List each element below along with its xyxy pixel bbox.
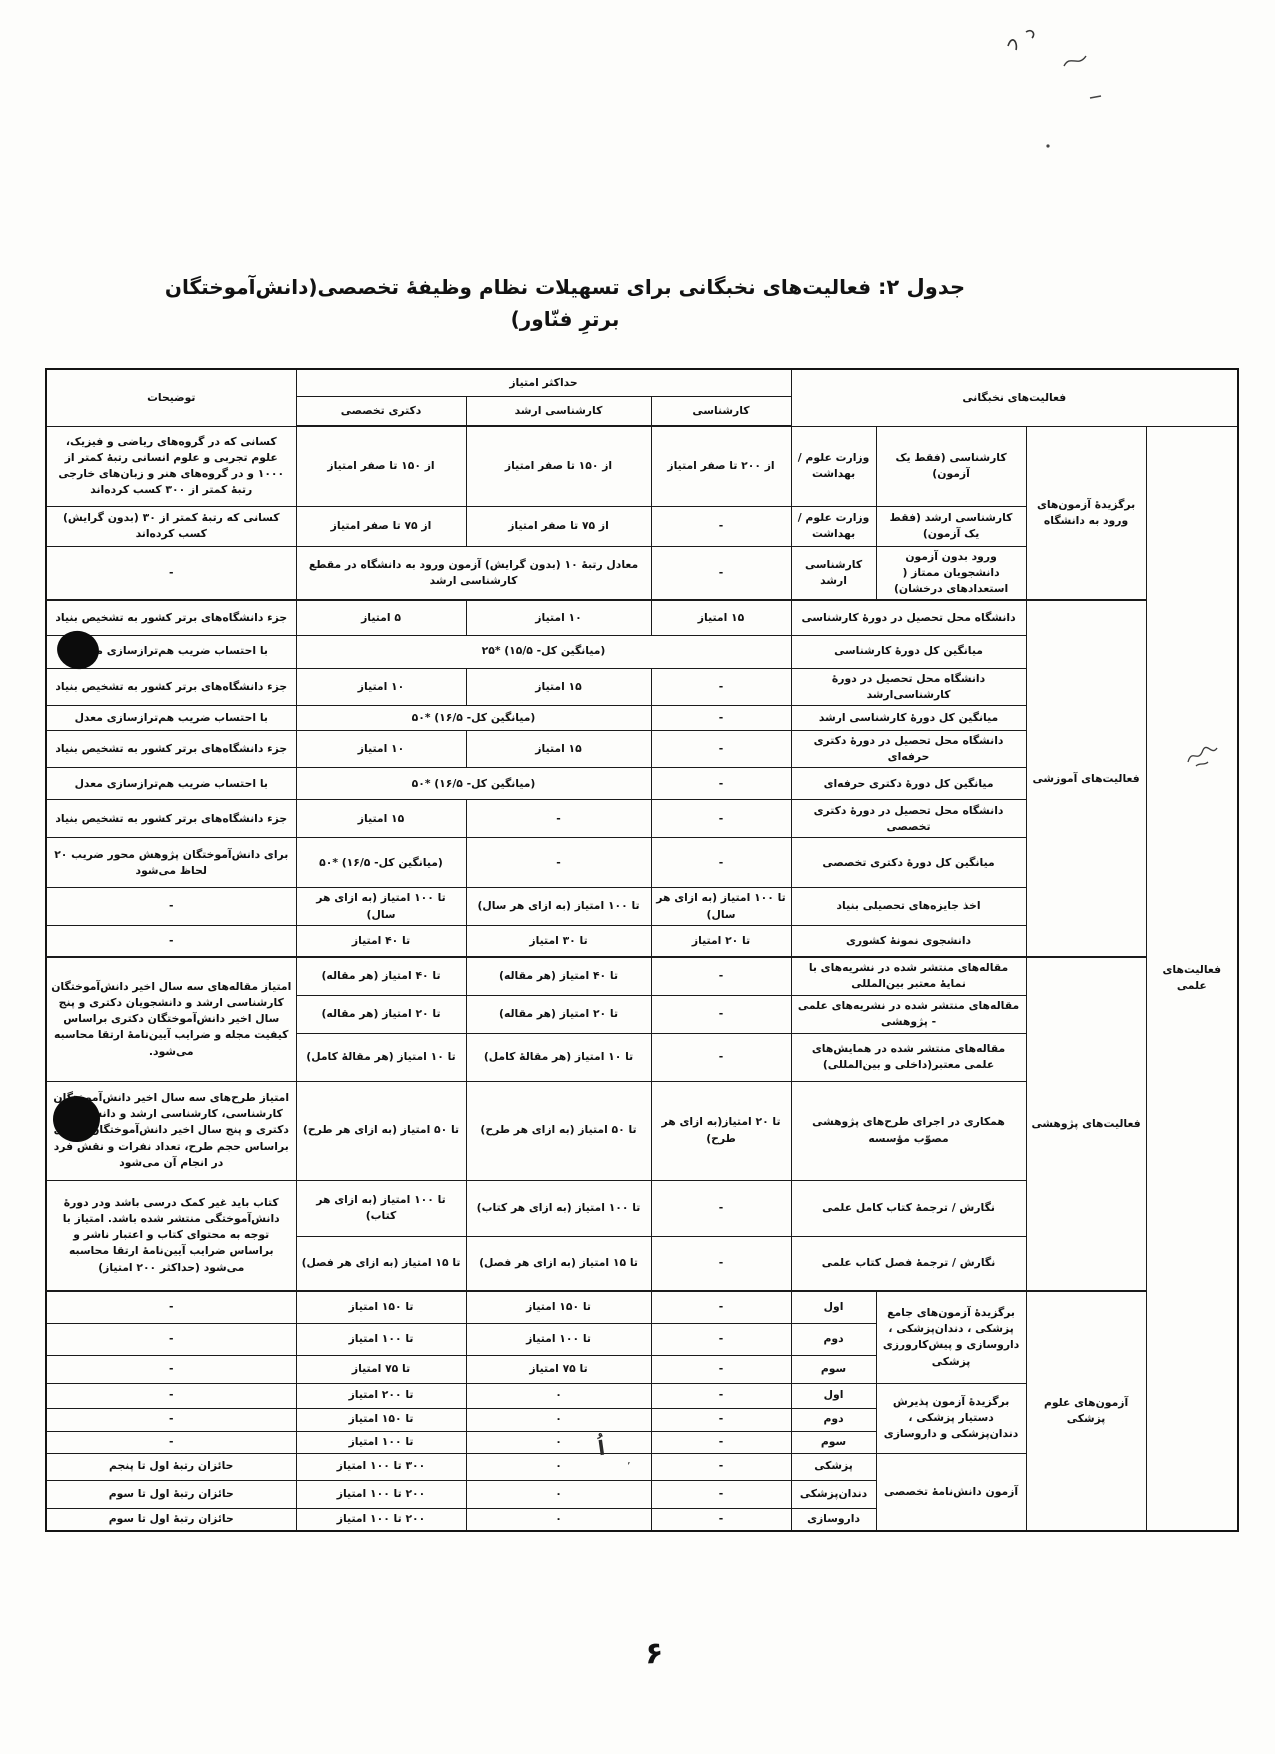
cell-bachelor-score: -: [651, 957, 791, 995]
header-bachelor: کارشناسی: [651, 396, 791, 426]
cell-notes: برای دانش‌آموختگان پژوهش محور ضریب ۲۰ لح…: [46, 838, 296, 888]
cell-notes: کتاب باید غیر کمک درسی باشد ودر دورهٔ دا…: [46, 1180, 296, 1291]
cell-notes: -: [46, 1355, 296, 1383]
cell-notes: -: [46, 1408, 296, 1431]
cell-notes: -: [46, 888, 296, 925]
handwritten-mark: [1002, 26, 1042, 66]
group-research-activities: فعالیت‌های پژوهشی: [1026, 957, 1146, 1291]
cell-notes: جزء دانشگاه‌های برتر کشور به تشخیص بنیاد: [46, 668, 296, 705]
cell-activity: اخذ جایزه‌های تحصیلی بنیاد: [791, 888, 1026, 925]
cell-notes: با احتساب ضریب هم‌ترازسازی معدل: [46, 705, 296, 730]
cell-notes: حائزان رتبهٔ اول تا سوم: [46, 1508, 296, 1531]
header-master: کارشناسی ارشد: [466, 396, 651, 426]
cell-formula: ۵۰* (۱۶/۵ -میانگین کل): [296, 768, 651, 800]
cell-activity: میانگین کل دورهٔ کارشناسی ارشد: [791, 705, 1026, 730]
cell-phd-score: ۱۰ امتیاز: [296, 668, 466, 705]
table-number-label: جدول ۲:: [878, 275, 965, 299]
cell-bachelor-score: -: [651, 1033, 791, 1081]
cell-bachelor-score: تا ۲۰ امتیاز(به ازای هر طرح): [651, 1081, 791, 1180]
cell-master-score: تا ۳۰ امتیاز: [466, 925, 651, 957]
handwritten-dot: [1044, 142, 1052, 150]
cell-notes: حائزان رتبهٔ اول تا پنجم: [46, 1453, 296, 1480]
cell-phd-score: تا ۱۵۰ امتیاز: [296, 1408, 466, 1431]
cell-activity: میانگین کل دورهٔ دکتری حرفه‌ای: [791, 768, 1026, 800]
cell-notes: -: [46, 1383, 296, 1408]
cell-master-score: -: [466, 800, 651, 838]
handwritten-mark: [1088, 92, 1104, 102]
cell-master-score: ۰: [466, 1431, 651, 1453]
cell-activity: آزمون دانش‌نامهٔ تخصصی: [876, 1453, 1026, 1531]
cell-phd-score: تا ۱۵۰ امتیاز: [296, 1291, 466, 1323]
cell-bachelor-score: -: [651, 1431, 791, 1453]
cell-master-score: تا ۱۰۰ امتیاز (به ازای هر سال): [466, 888, 651, 925]
cell-field: پزشکی: [791, 1453, 876, 1480]
cell-bachelor-score: -: [651, 730, 791, 767]
cell-bachelor-score: -: [651, 1480, 791, 1508]
table-row: فعالیت‌های علمی برگزیدهٔ آزمون‌های ورود …: [46, 426, 1238, 506]
cell-phd-score: تا ۲۰۰ امتیاز: [296, 1383, 466, 1408]
cell-bachelor-score: -: [651, 995, 791, 1033]
cell-bachelor-score: تا ۲۰ امتیاز: [651, 925, 791, 957]
cell-phd-score: ۱۵ امتیاز: [296, 800, 466, 838]
cell-activity: دانشگاه محل تحصیل در دورهٔ کارشناسی: [791, 600, 1026, 635]
cell-phd-score: ۳۰۰ تا ۱۰۰ امتیاز: [296, 1453, 466, 1480]
cell-master-score: -: [466, 838, 651, 888]
scientific-activities-label: فعالیت‌های علمی: [1146, 426, 1238, 1531]
cell-activity: مقاله‌های منتشر شده در همایش‌های علمی مع…: [791, 1033, 1026, 1081]
cell-bachelor-score: -: [651, 1508, 791, 1531]
header-max-score: حداکثر امتیاز: [296, 369, 791, 396]
cell-bachelor-score: -: [651, 1236, 791, 1291]
cell-bachelor-score: -: [651, 705, 791, 730]
page-number: ۶: [644, 1636, 664, 1672]
cell-sub: کارشناسی ارشد: [791, 546, 876, 600]
cell-master-score: تا ۱۰۰ امتیاز (به ازای هر کتاب): [466, 1180, 651, 1236]
cell-activity: ورود بدون آزمون دانشجویان ممتاز ( استعدا…: [876, 546, 1026, 600]
cell-formula: ۵۰* (۱۶/۵ -میانگین کل): [296, 705, 651, 730]
cell-rank: سوم: [791, 1431, 876, 1453]
cell-field: دندان‌پزشکی: [791, 1480, 876, 1508]
cell-activity: مقاله‌های منتشر شده در نشریه‌های با نمای…: [791, 957, 1026, 995]
cell-activity: کارشناسی (فقط یک آزمون): [876, 426, 1026, 506]
cell-rank: سوم: [791, 1355, 876, 1383]
cell-master-score: تا ۱۵۰ امتیاز: [466, 1291, 651, 1323]
table-row: آزمون‌های علوم پزشکی برگزیدهٔ آزمون‌های …: [46, 1291, 1238, 1323]
cell-sub: وزارت علوم / بهداشت: [791, 506, 876, 546]
cell-rank: اول: [791, 1383, 876, 1408]
cell-activity: میانگین کل دورهٔ کارشناسی: [791, 635, 1026, 668]
cell-activity: برگزیدهٔ آزمون‌های جامع پزشکی ، دندان‌پز…: [876, 1291, 1026, 1383]
cell-bachelor-score: -: [651, 768, 791, 800]
cell-activity: دانشگاه محل تحصیل در دورهٔ دکتری حرفه‌ای: [791, 730, 1026, 767]
cell-formula: ۲۵* (۱۵/۵ -میانگین کل): [296, 635, 791, 668]
cell-bachelor-score: -: [651, 1383, 791, 1408]
cell-phd-score: تا ۲۰ امتیاز (هر مقاله): [296, 995, 466, 1033]
cell-notes: -: [46, 1431, 296, 1453]
cell-bachelor-score: -: [651, 1408, 791, 1431]
cell-field: داروسازی: [791, 1508, 876, 1531]
header-notes: توضیحات: [46, 369, 296, 426]
cell-activity: نگارش / ترجمهٔ کتاب کامل علمی: [791, 1180, 1026, 1236]
cell-rank: اول: [791, 1291, 876, 1323]
group-entrance-exams: برگزیدهٔ آزمون‌های ورود به دانشگاه: [1026, 426, 1146, 600]
cell-rank: دوم: [791, 1323, 876, 1355]
cell-notes: امتیاز مقاله‌های سه سال اخیر دانش‌آموختگ…: [46, 957, 296, 1081]
cell-phd-score: تا ۷۵ امتیاز: [296, 1355, 466, 1383]
cell-merged-score: معادل رتبهٔ ۱۰ (بدون گرایش) آزمون ورود ب…: [296, 546, 651, 600]
cell-bachelor-score: -: [651, 800, 791, 838]
cell-notes: جزء دانشگاه‌های برتر کشور به تشخیص بنیاد: [46, 600, 296, 635]
cell-master-score: تا ۲۰ امتیاز (هر مقاله): [466, 995, 651, 1033]
cell-notes: -: [46, 1323, 296, 1355]
cell-bachelor-score: -: [651, 506, 791, 546]
page-title: جدول ۲: فعالیت‌های نخبگانی برای تسهیلات …: [160, 272, 970, 334]
cell-bachelor-score: از ۲۰۰ تا صفر امتیاز: [651, 426, 791, 506]
cell-activity: میانگین کل دورهٔ دکتری تخصصی: [791, 838, 1026, 888]
cell-bachelor-score: تا ۱۰۰ امتیاز (به ازای هر سال): [651, 888, 791, 925]
cell-activity: دانشگاه محل تحصیل در دورهٔ کارشناسی‌ارشد: [791, 668, 1026, 705]
cell-phd-score: تا ۱۰۰ امتیاز (به ازای هر کتاب): [296, 1180, 466, 1236]
cell-notes: -: [46, 1291, 296, 1323]
cell-activity: نگارش / ترجمهٔ فصل کتاب علمی: [791, 1236, 1026, 1291]
title-text: فعالیت‌های نخبگانی برای تسهیلات نظام وظی…: [165, 275, 871, 331]
cell-master-score: تا ۱۵ امتیاز (به ازای هر فصل): [466, 1236, 651, 1291]
cell-bachelor-score: -: [651, 1355, 791, 1383]
cell-phd-score: ۲۰۰ تا ۱۰۰ امتیاز: [296, 1508, 466, 1531]
cell-phd-score: تا ۱۰۰ امتیاز: [296, 1323, 466, 1355]
cell-phd-score: تا ۱۰ امتیاز (هر مقالهٔ کامل): [296, 1033, 466, 1081]
handwritten-scribble: [1184, 740, 1220, 770]
cell-activity: مقاله‌های منتشر شده در نشریه‌های علمی - …: [791, 995, 1026, 1033]
group-educational-activities: فعالیت‌های آموزشی: [1026, 600, 1146, 957]
cell-bachelor-score: -: [651, 668, 791, 705]
cell-bachelor-score: -: [651, 1291, 791, 1323]
cell-master-score: ۱۵ امتیاز: [466, 668, 651, 705]
cell-activity: برگزیدهٔ آزمون پذیرش دستیار پزشکی ، دندا…: [876, 1383, 1026, 1453]
cell-notes: -: [46, 925, 296, 957]
cell-activity: دانشگاه محل تحصیل در دورهٔ دکتری تخصصی: [791, 800, 1026, 838]
cell-phd-score: تا ۱۰۰ امتیاز (به ازای هر سال): [296, 888, 466, 925]
cell-phd-score: ۱۰ امتیاز: [296, 730, 466, 767]
cell-bachelor-score: ۱۵ امتیاز: [651, 600, 791, 635]
handwritten-comma-mark: ٬: [627, 1460, 631, 1473]
cell-master-score: ۰: [466, 1480, 651, 1508]
cell-activity: کارشناسی ارشد (فقط یک آزمون): [876, 506, 1026, 546]
cell-notes: جزء دانشگاه‌های برتر کشور به تشخیص بنیاد: [46, 730, 296, 767]
cell-master-score: تا ۵۰ امتیاز (به ازای هر طرح): [466, 1081, 651, 1180]
cell-phd-score: تا ۱۰۰ امتیاز: [296, 1431, 466, 1453]
cell-master-score: از ۱۵۰ تا صفر امتیاز: [466, 426, 651, 506]
cell-notes: حائزان رتبهٔ اول تا سوم: [46, 1480, 296, 1508]
cell-notes: کسانی که در گروه‌های ریاضی و فیزیک، علوم…: [46, 426, 296, 506]
cell-master-score: تا ۱۰ امتیاز (هر مقالهٔ کامل): [466, 1033, 651, 1081]
cell-master-score: ۰: [466, 1408, 651, 1431]
cell-phd-score: تا ۴۰ امتیاز: [296, 925, 466, 957]
header-elite-activities: فعالیت‌های نخبگانی: [791, 369, 1238, 426]
table-row: فعالیت‌های آموزشی دانشگاه محل تحصیل در د…: [46, 600, 1238, 635]
cell-activity: همکاری در اجرای طرح‌های پژوهشی مصوّب مؤس…: [791, 1081, 1026, 1180]
scanned-document-page: { "title": { "prefix": "جدول ۲:", "text"…: [0, 0, 1275, 1754]
handwritten-mark: [1060, 48, 1090, 74]
cell-notes: با احتساب ضریب هم‌ترازسازی معدل: [46, 768, 296, 800]
cell-master-score: ۱۵ امتیاز: [466, 730, 651, 767]
cell-formula: ۵۰* (۱۶/۵ -میانگین کل): [296, 838, 466, 888]
cell-phd-score: تا ۴۰ امتیاز (هر مقاله): [296, 957, 466, 995]
cell-bachelor-score: -: [651, 838, 791, 888]
cell-phd-score: ۵ امتیاز: [296, 600, 466, 635]
cell-master-score: ۰: [466, 1508, 651, 1531]
cell-phd-score: از ۱۵۰ تا صفر امتیاز: [296, 426, 466, 506]
cell-bachelor-score: -: [651, 1453, 791, 1480]
cell-notes: کسانی که رتبهٔ کمتر از ۳۰ (بدون گرایش) ک…: [46, 506, 296, 546]
cell-notes: جزء دانشگاه‌های برتر کشور به تشخیص بنیاد: [46, 800, 296, 838]
cell-bachelor-score: -: [651, 1180, 791, 1236]
cell-master-score: تا ۴۰ امتیاز (هر مقاله): [466, 957, 651, 995]
cell-phd-score: ۲۰۰ تا ۱۰۰ امتیاز: [296, 1480, 466, 1508]
cell-phd-score: تا ۵۰ امتیاز (به ازای هر طرح): [296, 1081, 466, 1180]
cell-bachelor-score: -: [651, 546, 791, 600]
cell-phd-score: تا ۱۵ امتیاز (به ازای هر فصل): [296, 1236, 466, 1291]
cell-rank: دوم: [791, 1408, 876, 1431]
cell-master-score: ۰: [466, 1383, 651, 1408]
cell-master-score: از ۷۵ تا صفر امتیاز: [466, 506, 651, 546]
elite-activities-table: فعالیت‌های نخبگانی حداکثر امتیاز توضیحات…: [45, 368, 1239, 1532]
cell-master-score: ۰: [466, 1453, 651, 1480]
cell-sub: وزارت علوم / بهداشت: [791, 426, 876, 506]
cell-phd-score: از ۷۵ تا صفر امتیاز: [296, 506, 466, 546]
cell-master-score: تا ۱۰۰ امتیاز: [466, 1323, 651, 1355]
cell-master-score: ۱۰ امتیاز: [466, 600, 651, 635]
cell-activity: دانشجوی نمونهٔ کشوری: [791, 925, 1026, 957]
group-medical-exams: آزمون‌های علوم پزشکی: [1026, 1291, 1146, 1531]
table-row: فعالیت‌های پژوهشی مقاله‌های منتشر شده در…: [46, 957, 1238, 995]
cell-notes: -: [46, 546, 296, 600]
cell-master-score: تا ۷۵ امتیاز: [466, 1355, 651, 1383]
header-phd: دکتری تخصصی: [296, 396, 466, 426]
cell-bachelor-score: -: [651, 1323, 791, 1355]
